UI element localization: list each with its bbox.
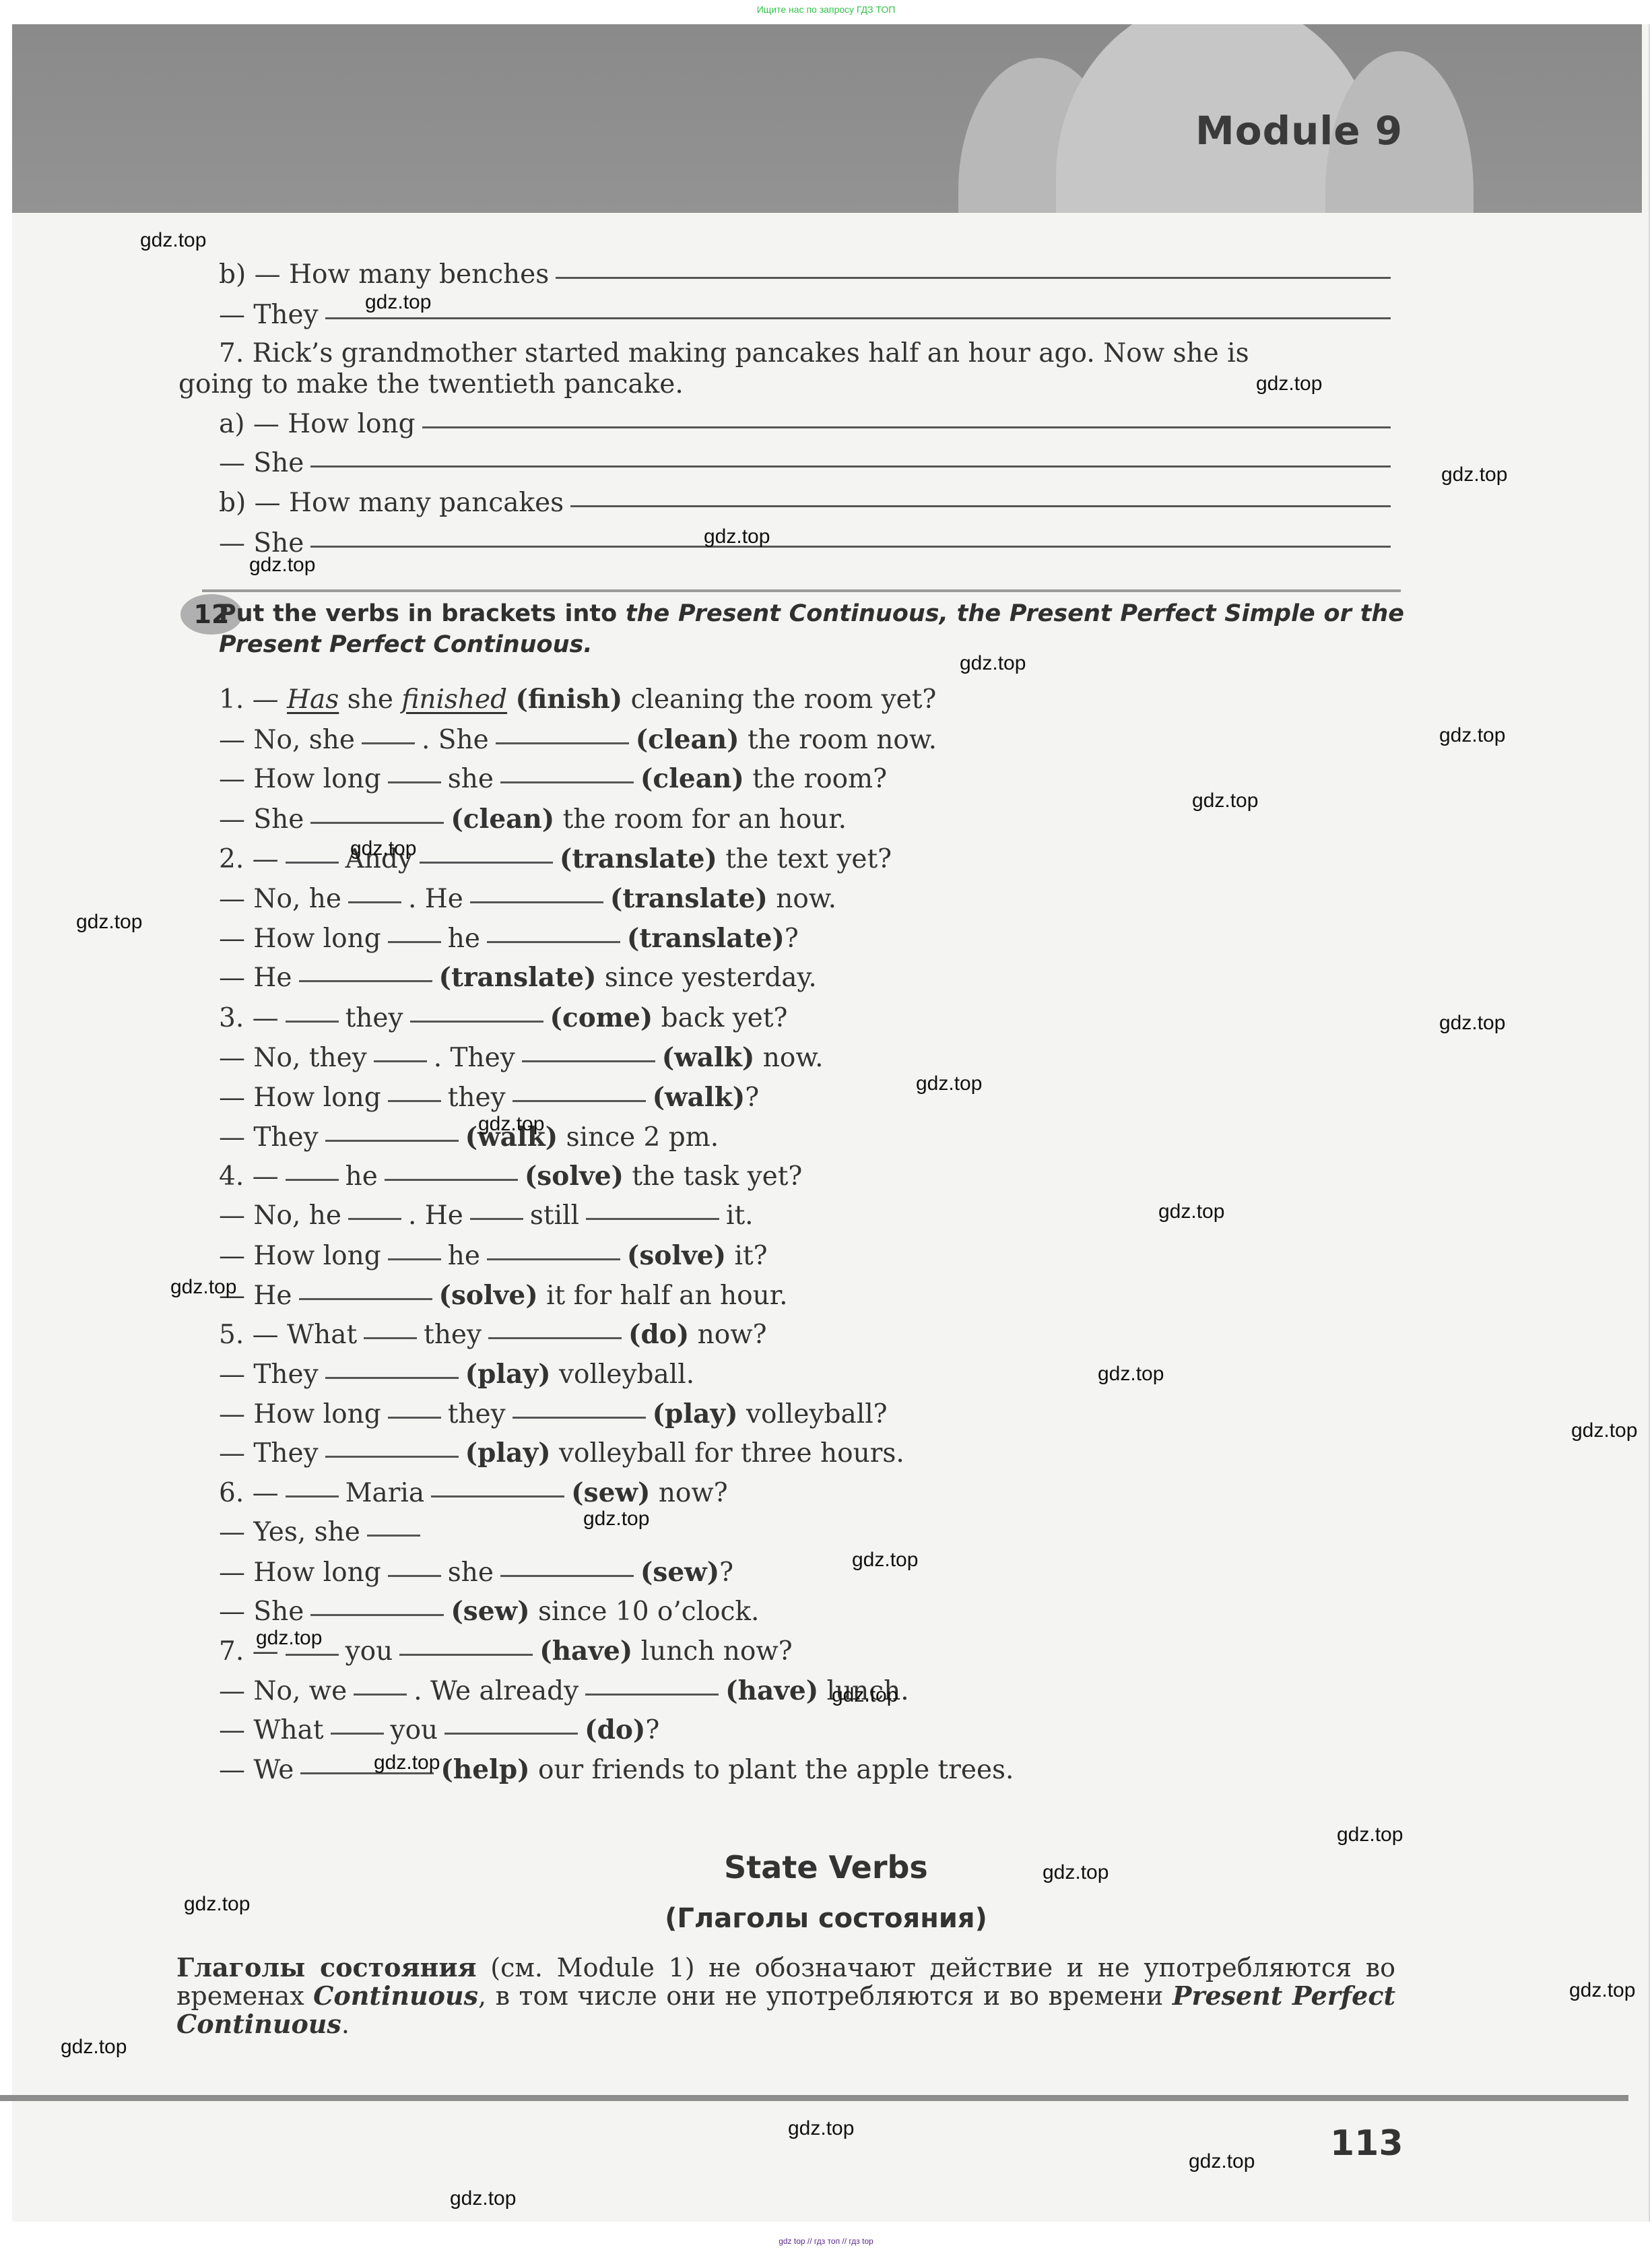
line-text: still [530, 1200, 579, 1231]
previous-exercise-line: — She [219, 448, 1397, 478]
line-text: since 10 o’clock. [530, 1597, 760, 1627]
line-text: — They [219, 300, 319, 330]
exercise-line: — He(solve) it for half an hour. [219, 1280, 787, 1311]
line-text: ? [645, 1715, 659, 1745]
answer-blank[interactable] [348, 901, 401, 903]
previous-exercise-line: a) — How long [219, 409, 1397, 439]
line-text [507, 684, 515, 715]
watermark-text: gdz.top [1439, 1012, 1505, 1035]
line-text: since yesterday. [596, 963, 816, 993]
verb-hint: (clean) [451, 804, 554, 835]
watermark-text: gdz.top [960, 652, 1026, 675]
watermark-text: gdz.top [832, 1684, 898, 1707]
line-text: — Yes, she [219, 1517, 360, 1547]
answer-blank[interactable] [388, 1417, 441, 1419]
line-text: now. [754, 1043, 823, 1073]
line-text: he [448, 1241, 480, 1271]
rule-text: . [341, 2009, 350, 2039]
watermark-text: gdz.top [61, 2036, 127, 2059]
answer-blank[interactable] [286, 862, 339, 864]
line-text: it for half an hour. [538, 1281, 788, 1311]
verb-hint: (help) [440, 1754, 529, 1785]
watermark-text: gdz.top [1441, 463, 1507, 486]
answer-blank[interactable] [388, 781, 441, 783]
line-text: — How long [219, 1083, 381, 1113]
line-text: — How long [219, 764, 381, 794]
line-text: — No, she [219, 725, 355, 755]
line-text: a) — How long [219, 409, 416, 439]
verb-hint: (solve) [525, 1161, 624, 1192]
line-text: she [339, 684, 401, 715]
line-text: 4. — [219, 1161, 279, 1192]
watermark-text: gdz.top [1158, 1200, 1224, 1223]
previous-exercise-line: 7. Rick’s grandmother started making pan… [219, 338, 1249, 368]
previous-exercise-line: b) — How many benches [219, 259, 1397, 290]
answer-blank[interactable] [470, 901, 603, 903]
line-text: — No, he [219, 1200, 341, 1231]
line-text: since 2 pm. [558, 1122, 719, 1153]
exercise-line: — No, he. Hestillit. [219, 1200, 754, 1231]
line-text: Maria [345, 1478, 425, 1508]
answer-blank[interactable] [399, 1654, 533, 1656]
line-text: — No, they [219, 1043, 367, 1073]
watermark-text: gdz.top [365, 291, 431, 314]
line-text: — We [219, 1755, 294, 1785]
watermark-text: gdz.top [1192, 789, 1258, 812]
line-text: the text yet? [717, 844, 892, 874]
line-text: it? [726, 1241, 767, 1271]
verb-hint: (have) [539, 1636, 632, 1667]
line-text: the room now. [739, 725, 937, 755]
verb-hint: (translate) [627, 923, 785, 954]
line-text: — They [219, 1359, 319, 1390]
answer-blank[interactable] [286, 1179, 339, 1181]
line-text: — He [219, 963, 292, 993]
verb-hint: (finish) [516, 684, 623, 715]
exercise-line: 6. —Maria(sew) now? [219, 1477, 728, 1508]
exercise-line: — No, he. He(translate) now. [219, 883, 836, 914]
verb-hint: (do) [585, 1714, 645, 1745]
answer-blank[interactable] [388, 1575, 441, 1577]
watermark-text: gdz.top [1337, 1824, 1403, 1846]
line-text: they [448, 1083, 506, 1113]
verb-hint: (clean) [636, 724, 739, 755]
line-text: — How long [219, 1241, 381, 1271]
answer-blank[interactable] [310, 822, 444, 824]
exercise-line: — He(translate) since yesterday. [219, 962, 817, 993]
answer-blank[interactable] [570, 505, 1391, 507]
exercise-line: — She(sew) since 10 o’clock. [219, 1596, 759, 1627]
answer-blank[interactable] [431, 1495, 564, 1497]
line-text: — How long [219, 1399, 381, 1429]
exercise-line: 1. — Has she finished (finish) cleaning … [219, 684, 936, 715]
verb-hint: (walk) [662, 1042, 755, 1073]
verb-hint: (sew) [571, 1477, 650, 1508]
line-text: ? [719, 1557, 733, 1588]
line-text: 6. — [219, 1478, 279, 1508]
exercise-line: — She(clean) the room for an hour. [219, 804, 847, 835]
watermark-text: gdz.top [1439, 724, 1505, 747]
rule-text: , в том числе они не употребляются и во … [478, 1981, 1172, 2011]
line-text: he [448, 924, 480, 954]
line-text: — They [219, 1438, 319, 1469]
answer-blank[interactable] [348, 1218, 401, 1220]
answer-blank[interactable] [388, 941, 441, 943]
answer-blank[interactable] [500, 781, 634, 783]
line-text: the task yet? [624, 1161, 802, 1192]
answer-blank[interactable] [286, 1495, 339, 1497]
answer-blank[interactable] [470, 1218, 523, 1220]
verb-hint: (solve) [627, 1240, 726, 1271]
answer-blank[interactable] [500, 1575, 634, 1577]
answer-blank[interactable] [362, 742, 415, 744]
exercise-line: — No, they. They(walk) now. [219, 1042, 824, 1073]
line-text: — No, we [219, 1676, 347, 1706]
line-text: — How long [219, 924, 381, 954]
exercise-line: 4. —he(solve) the task yet? [219, 1161, 802, 1192]
line-text: she [448, 764, 494, 794]
answer-blank[interactable] [325, 1456, 459, 1458]
verb-hint: (translate) [439, 962, 597, 993]
answer-blank[interactable] [487, 941, 620, 943]
exercise-line: — How longhe(translate)? [219, 923, 799, 954]
answer-blank[interactable] [310, 1614, 444, 1616]
watermark-text: gdz.top [76, 911, 142, 934]
watermark-text: gdz.top [852, 1549, 918, 1572]
watermark-text: gdz.top [256, 1627, 322, 1650]
page-bottom-rule [0, 2095, 1628, 2101]
line-text: — She [219, 804, 304, 835]
watermark-text: gdz.top [1189, 2150, 1255, 2173]
watermark-text: gdz.top [1256, 373, 1322, 395]
line-text: b) — How many pancakes [219, 488, 564, 518]
line-text: she [448, 1557, 494, 1588]
line-text: they [345, 1003, 403, 1033]
answer-blank[interactable] [374, 1060, 427, 1062]
exercise-line: — How longthey(play) volleyball? [219, 1398, 888, 1429]
watermark-text: gdz.top [788, 2117, 854, 2140]
line-text: volleyball. [551, 1359, 695, 1390]
answer-blank[interactable] [367, 1535, 420, 1537]
exercise-line: — How longshe(clean) the room? [219, 763, 887, 794]
verb-hint: (do) [628, 1319, 689, 1350]
line-text: now? [689, 1320, 766, 1350]
line-text: the room for an hour. [554, 804, 847, 835]
line-text: — No, he [219, 884, 341, 914]
answer-blank[interactable] [310, 546, 1391, 548]
exercise-line: — They(walk) since 2 pm. [219, 1122, 719, 1153]
line-text: cleaning the room yet? [622, 684, 936, 715]
line-text: volleyball for three hours. [551, 1438, 904, 1469]
line-text: 5. — What [219, 1320, 357, 1350]
task-instruction: Put the verbs in brackets into the Prese… [219, 598, 1404, 660]
exercise-line: 2. —Andy(translate) the text yet? [219, 843, 892, 874]
verb-hint: (clean) [640, 763, 744, 794]
line-text: 3. — [219, 1003, 279, 1033]
exercise-line: — How longshe(sew)? [219, 1557, 733, 1588]
line-text: he [345, 1161, 378, 1192]
watermark-text: gdz.top [450, 2187, 516, 2210]
line-text: . They [434, 1043, 515, 1073]
exercise-line: — How longhe(solve) it? [219, 1240, 768, 1271]
watermark-text: gdz.top [916, 1072, 982, 1095]
answer-blank[interactable] [488, 1337, 622, 1339]
answer-blank[interactable] [354, 1694, 407, 1696]
verb-hint: (come) [550, 1002, 653, 1033]
exercise-line: — No, we. We already(have) lunch. [219, 1675, 909, 1706]
answer-blank[interactable] [325, 317, 1391, 319]
answer-blank[interactable] [388, 1258, 441, 1260]
exercise-line: — They(play) volleyball. [219, 1359, 694, 1390]
top-banner-text: Ищите нас по запросу ГДЗ ТОП [0, 4, 1652, 15]
exercise-line: 3. —they(come) back yet? [219, 1002, 787, 1033]
answer-blank[interactable] [585, 1694, 719, 1696]
previous-exercise-line: b) — How many pancakes [219, 488, 1397, 518]
verb-hint: (translate) [560, 843, 717, 874]
exercise-line: — Yes, she [219, 1517, 427, 1547]
exercise-line: — They(play) volleyball for three hours. [219, 1438, 904, 1469]
previous-exercise-line: going to make the twentieth pancake. [178, 369, 684, 399]
answer-blank[interactable] [310, 465, 1391, 468]
previous-exercise-line: — She [219, 528, 1397, 558]
line-text: you [345, 1636, 393, 1667]
line-text: — What [219, 1715, 324, 1745]
answer-blank[interactable] [513, 1100, 646, 1102]
line-text: b) — How many benches [219, 259, 549, 290]
answer-blank[interactable] [487, 1258, 620, 1260]
line-text: our friends to plant the apple trees. [530, 1755, 1014, 1785]
watermark-text: gdz.top [704, 525, 770, 548]
verb-hint: (play) [465, 1438, 551, 1469]
line-text: 1. — [219, 684, 287, 715]
line-text: . She [422, 725, 489, 755]
example-answer: Has [287, 684, 339, 715]
verb-hint: (solve) [439, 1280, 538, 1311]
line-text: ? [785, 924, 799, 954]
line-text: . He [408, 884, 463, 914]
line-text: — She [219, 1597, 304, 1627]
line-text: ? [745, 1083, 759, 1113]
verb-hint: (walk) [653, 1082, 746, 1113]
answer-blank[interactable] [422, 426, 1391, 428]
answer-blank[interactable] [586, 1218, 719, 1220]
watermark-text: gdz.top [1569, 1979, 1635, 2002]
line-text: now? [650, 1478, 727, 1508]
watermark-text: gdz.top [170, 1276, 236, 1299]
answer-blank[interactable] [325, 1140, 459, 1142]
answer-blank[interactable] [513, 1417, 646, 1419]
instruction-text: Put the verbs in brackets into [219, 600, 626, 627]
example-answer: finished [401, 684, 507, 715]
line-text: you [391, 1715, 438, 1745]
line-text: lunch now? [632, 1636, 792, 1667]
line-text: volleyball? [738, 1399, 888, 1429]
answer-blank[interactable] [388, 1100, 441, 1102]
rule-text: Continuous [313, 1980, 478, 2011]
verb-hint: (play) [465, 1359, 551, 1390]
answer-blank[interactable] [420, 862, 553, 864]
answer-blank[interactable] [299, 980, 432, 982]
watermark-text: gdz.top [478, 1113, 544, 1136]
rule-text: Глаголы состояния [176, 1952, 477, 1983]
line-text: now. [768, 884, 836, 914]
answer-blank[interactable] [286, 1654, 339, 1656]
line-text: . We already [414, 1676, 579, 1706]
exercise-line: — No, she. She(clean) the room now. [219, 724, 937, 755]
answer-blank[interactable] [444, 1733, 578, 1735]
line-text: — She [219, 448, 304, 478]
line-text: the room? [744, 764, 887, 794]
watermark-text: gdz.top [350, 837, 416, 860]
line-text: — How long [219, 1557, 381, 1588]
answer-blank[interactable] [556, 277, 1391, 279]
line-text: back yet? [653, 1003, 787, 1033]
watermark-text: gdz.top [374, 1751, 440, 1774]
answer-blank[interactable] [299, 1298, 432, 1300]
watermark-text: gdz.top [1098, 1363, 1164, 1386]
line-text: 7. Rick’s grandmother started making pan… [219, 338, 1249, 368]
answer-blank[interactable] [522, 1060, 655, 1062]
watermark-text: gdz.top [583, 1508, 649, 1530]
verb-hint: (play) [653, 1398, 738, 1429]
line-text: it. [726, 1200, 754, 1231]
section-title: State Verbs [0, 1849, 1652, 1886]
page-number: 113 [1330, 2123, 1403, 2164]
exercise-line: — How longthey(walk)? [219, 1082, 759, 1113]
line-text: . He [408, 1200, 463, 1231]
answer-blank[interactable] [410, 1021, 543, 1023]
watermark-text: gdz.top [184, 1893, 250, 1916]
answer-blank[interactable] [331, 1733, 384, 1735]
exercise-line: — We(help) our friends to plant the appl… [219, 1754, 1014, 1785]
answer-blank[interactable] [385, 1179, 518, 1181]
answer-blank[interactable] [496, 742, 629, 744]
watermark-text: gdz.top [140, 229, 206, 252]
line-text: 2. — [219, 844, 279, 874]
verb-hint: (translate) [610, 883, 768, 914]
line-text: — They [219, 1122, 319, 1153]
answer-blank[interactable] [286, 1021, 339, 1023]
line-text: going to make the twentieth pancake. [178, 369, 684, 399]
verb-hint: (have) [725, 1675, 818, 1706]
watermark-text: gdz.top [1043, 1861, 1109, 1884]
watermark-text: gdz.top [1571, 1419, 1637, 1442]
exercise-line: — Whatyou(do)? [219, 1714, 659, 1745]
answer-blank[interactable] [325, 1377, 459, 1379]
bottom-banner-text: gdz top // гдз топ // гдз top [0, 2236, 1652, 2246]
line-text: they [424, 1320, 482, 1350]
task-divider [202, 589, 1401, 592]
watermark-text: gdz.top [249, 554, 315, 577]
exercise-line: 5. — Whatthey(do) now? [219, 1319, 767, 1350]
verb-hint: (sew) [451, 1596, 529, 1627]
verb-hint: (sew) [640, 1557, 719, 1588]
answer-blank[interactable] [364, 1337, 417, 1339]
module-title: Module 9 [1195, 108, 1403, 154]
line-text: they [448, 1399, 506, 1429]
grammar-rule-paragraph: Глаголы состояния (см. Module 1) не обоз… [176, 1954, 1395, 2038]
